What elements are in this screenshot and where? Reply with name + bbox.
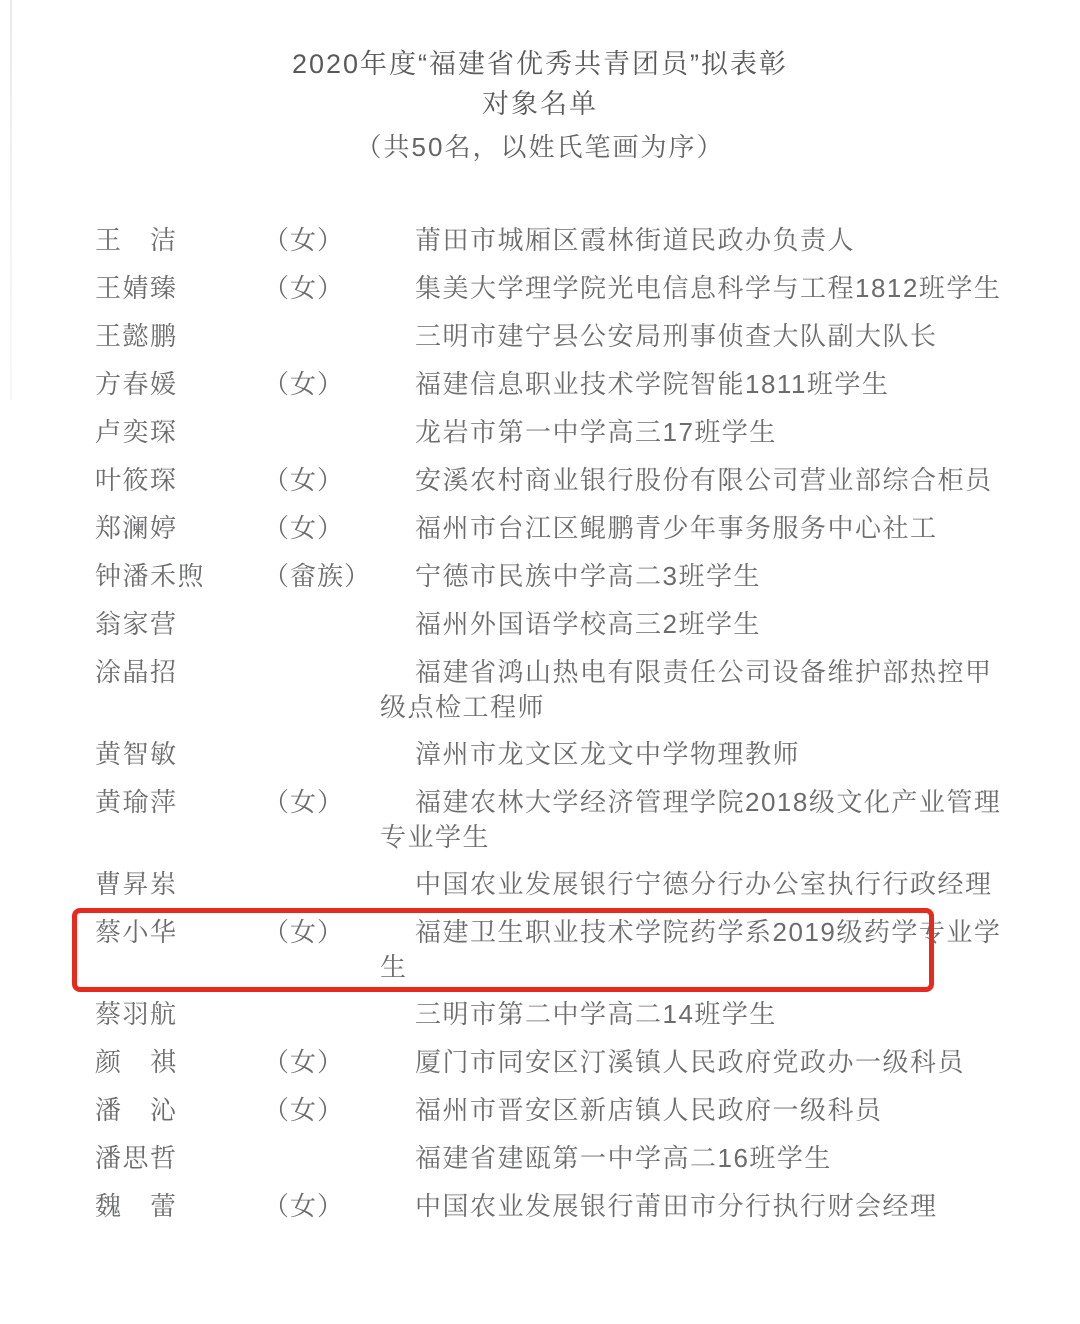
member-name: 黄瑜萍 bbox=[95, 785, 178, 820]
member-gender: （女） bbox=[263, 915, 344, 950]
member-name: 方春媛 bbox=[95, 367, 178, 402]
list-item: 卢奕琛 龙岩市第一中学高三17班学生 bbox=[0, 408, 1080, 456]
member-gender: （女） bbox=[263, 1045, 344, 1080]
member-description: 福建省建瓯第一中学高二16班学生 bbox=[380, 1141, 940, 1176]
member-description-line: 中国农业发展银行宁德分行办公室执行行政经理 bbox=[380, 867, 940, 902]
document-title-line-2: 对象名单 bbox=[0, 84, 1080, 124]
member-description-line: 福州外国语学校高三2班学生 bbox=[380, 607, 940, 642]
member-gender: （畲族） bbox=[263, 559, 371, 594]
list-item: 王婧臻 （女） 集美大学理学院光电信息科学与工程1812班学生 bbox=[0, 264, 1080, 312]
member-name: 卢奕琛 bbox=[95, 415, 178, 450]
member-name: 黄智敏 bbox=[95, 737, 178, 772]
member-description-line: 三明市第二中学高二14班学生 bbox=[380, 997, 940, 1032]
honoree-list: 王 洁 （女） 莆田市城厢区霞林街道民政办负责人 王婧臻 （女） 集美大学理学院… bbox=[0, 216, 1080, 1230]
member-description-line: 福建信息职业技术学院智能1811班学生 bbox=[380, 367, 940, 402]
member-description: 宁德市民族中学高二3班学生 bbox=[380, 559, 940, 594]
member-description: 福州市台江区鲲鹏青少年事务服务中心社工 bbox=[380, 511, 940, 546]
member-description-line: 安溪农村商业银行股份有限公司营业部综合柜员 bbox=[380, 463, 940, 498]
list-item: 曹昇岽 中国农业发展银行宁德分行办公室执行行政经理 bbox=[0, 860, 1080, 908]
member-name: 蔡小华 bbox=[95, 915, 178, 950]
list-item: 魏 蕾 （女） 中国农业发展银行莆田市分行执行财会经理 bbox=[0, 1182, 1080, 1230]
member-description-line: 中国农业发展银行莆田市分行执行财会经理 bbox=[380, 1189, 940, 1224]
member-description-line: 福建省鸿山热电有限责任公司设备维护部热控甲 bbox=[380, 655, 940, 690]
member-gender: （女） bbox=[263, 1093, 344, 1128]
member-description-line: 福建农林大学经济管理学院2018级文化产业管理 bbox=[380, 785, 940, 820]
document-title-line-1: 2020年度“福建省优秀共青团员”拟表彰 bbox=[0, 44, 1080, 84]
member-description: 福州外国语学校高三2班学生 bbox=[380, 607, 940, 642]
member-name: 魏 蕾 bbox=[95, 1189, 178, 1224]
member-gender: （女） bbox=[263, 511, 344, 546]
member-name: 曹昇岽 bbox=[95, 867, 178, 902]
member-description-line: 宁德市民族中学高二3班学生 bbox=[380, 559, 940, 594]
member-gender: （女） bbox=[263, 223, 344, 258]
member-description-line: 莆田市城厢区霞林街道民政办负责人 bbox=[380, 223, 940, 258]
member-name: 郑澜婷 bbox=[95, 511, 178, 546]
member-description: 中国农业发展银行莆田市分行执行财会经理 bbox=[380, 1189, 940, 1224]
member-description-line: 厦门市同安区汀溪镇人民政府党政办一级科员 bbox=[380, 1045, 940, 1080]
member-description-line: 漳州市龙文区龙文中学物理教师 bbox=[380, 737, 940, 772]
member-description-line: 集美大学理学院光电信息科学与工程1812班学生 bbox=[380, 271, 940, 306]
member-name: 潘思哲 bbox=[95, 1141, 178, 1176]
list-item: 潘 沁 （女） 福州市晋安区新店镇人民政府一级科员 bbox=[0, 1086, 1080, 1134]
list-item: 方春媛 （女） 福建信息职业技术学院智能1811班学生 bbox=[0, 360, 1080, 408]
member-name: 涂晶招 bbox=[95, 655, 178, 690]
document-header: 2020年度“福建省优秀共青团员”拟表彰 对象名单 （共50名，以姓氏笔画为序） bbox=[0, 44, 1080, 167]
member-description-line: 福州市晋安区新店镇人民政府一级科员 bbox=[380, 1093, 940, 1128]
member-gender: （女） bbox=[263, 1189, 344, 1224]
member-name: 钟潘禾煦 bbox=[95, 559, 205, 594]
member-description-line: 专业学生 bbox=[380, 820, 940, 855]
member-description: 漳州市龙文区龙文中学物理教师 bbox=[380, 737, 940, 772]
member-name: 潘 沁 bbox=[95, 1093, 178, 1128]
list-item: 潘思哲 福建省建瓯第一中学高二16班学生 bbox=[0, 1134, 1080, 1182]
list-item: 翁家营 福州外国语学校高三2班学生 bbox=[0, 600, 1080, 648]
member-description: 莆田市城厢区霞林街道民政办负责人 bbox=[380, 223, 940, 258]
member-gender: （女） bbox=[263, 463, 344, 498]
member-description: 安溪农村商业银行股份有限公司营业部综合柜员 bbox=[380, 463, 940, 498]
member-name: 翁家营 bbox=[95, 607, 178, 642]
member-description: 福州市晋安区新店镇人民政府一级科员 bbox=[380, 1093, 940, 1128]
member-name: 王婧臻 bbox=[95, 271, 178, 306]
list-item: 颜 祺 （女） 厦门市同安区汀溪镇人民政府党政办一级科员 bbox=[0, 1038, 1080, 1086]
member-description: 中国农业发展银行宁德分行办公室执行行政经理 bbox=[380, 867, 940, 902]
member-name: 颜 祺 bbox=[95, 1045, 178, 1080]
member-name: 王懿鹏 bbox=[95, 319, 178, 354]
list-item: 叶筱琛 （女） 安溪农村商业银行股份有限公司营业部综合柜员 bbox=[0, 456, 1080, 504]
member-description: 三明市第二中学高二14班学生 bbox=[380, 997, 940, 1032]
list-item: 钟潘禾煦 （畲族） 宁德市民族中学高二3班学生 bbox=[0, 552, 1080, 600]
member-name: 蔡羽航 bbox=[95, 997, 178, 1032]
member-description-line: 三明市建宁县公安局刑事侦查大队副大队长 bbox=[380, 319, 940, 354]
list-item: 蔡小华 （女） 福建卫生职业技术学院药学系2019级药学专业学生 bbox=[0, 908, 1080, 990]
member-description-line: 级点检工程师 bbox=[380, 690, 940, 725]
member-description-line: 生 bbox=[380, 950, 940, 985]
member-description: 福建卫生职业技术学院药学系2019级药学专业学生 bbox=[380, 915, 940, 985]
member-gender: （女） bbox=[263, 785, 344, 820]
list-item: 黄智敏 漳州市龙文区龙文中学物理教师 bbox=[0, 730, 1080, 778]
list-item: 蔡羽航 三明市第二中学高二14班学生 bbox=[0, 990, 1080, 1038]
member-description-line: 福建省建瓯第一中学高二16班学生 bbox=[380, 1141, 940, 1176]
member-name: 王 洁 bbox=[95, 223, 178, 258]
member-description: 福建信息职业技术学院智能1811班学生 bbox=[380, 367, 940, 402]
list-item: 涂晶招 福建省鸿山热电有限责任公司设备维护部热控甲级点检工程师 bbox=[0, 648, 1080, 730]
member-description: 福建省鸿山热电有限责任公司设备维护部热控甲级点检工程师 bbox=[380, 655, 940, 725]
document-subtitle: （共50名，以姓氏笔画为序） bbox=[0, 127, 1080, 167]
member-description: 福建农林大学经济管理学院2018级文化产业管理专业学生 bbox=[380, 785, 940, 855]
list-item: 王 洁 （女） 莆田市城厢区霞林街道民政办负责人 bbox=[0, 216, 1080, 264]
list-item: 黄瑜萍 （女） 福建农林大学经济管理学院2018级文化产业管理专业学生 bbox=[0, 778, 1080, 860]
member-description: 三明市建宁县公安局刑事侦查大队副大队长 bbox=[380, 319, 940, 354]
member-description: 龙岩市第一中学高三17班学生 bbox=[380, 415, 940, 450]
member-description-line: 龙岩市第一中学高三17班学生 bbox=[380, 415, 940, 450]
member-description: 集美大学理学院光电信息科学与工程1812班学生 bbox=[380, 271, 940, 306]
member-description-line: 福建卫生职业技术学院药学系2019级药学专业学 bbox=[380, 915, 940, 950]
member-description-line: 福州市台江区鲲鹏青少年事务服务中心社工 bbox=[380, 511, 940, 546]
member-gender: （女） bbox=[263, 367, 344, 402]
member-name: 叶筱琛 bbox=[95, 463, 178, 498]
list-item: 郑澜婷 （女） 福州市台江区鲲鹏青少年事务服务中心社工 bbox=[0, 504, 1080, 552]
member-description: 厦门市同安区汀溪镇人民政府党政办一级科员 bbox=[380, 1045, 940, 1080]
list-item: 王懿鹏 三明市建宁县公安局刑事侦查大队副大队长 bbox=[0, 312, 1080, 360]
member-gender: （女） bbox=[263, 271, 344, 306]
